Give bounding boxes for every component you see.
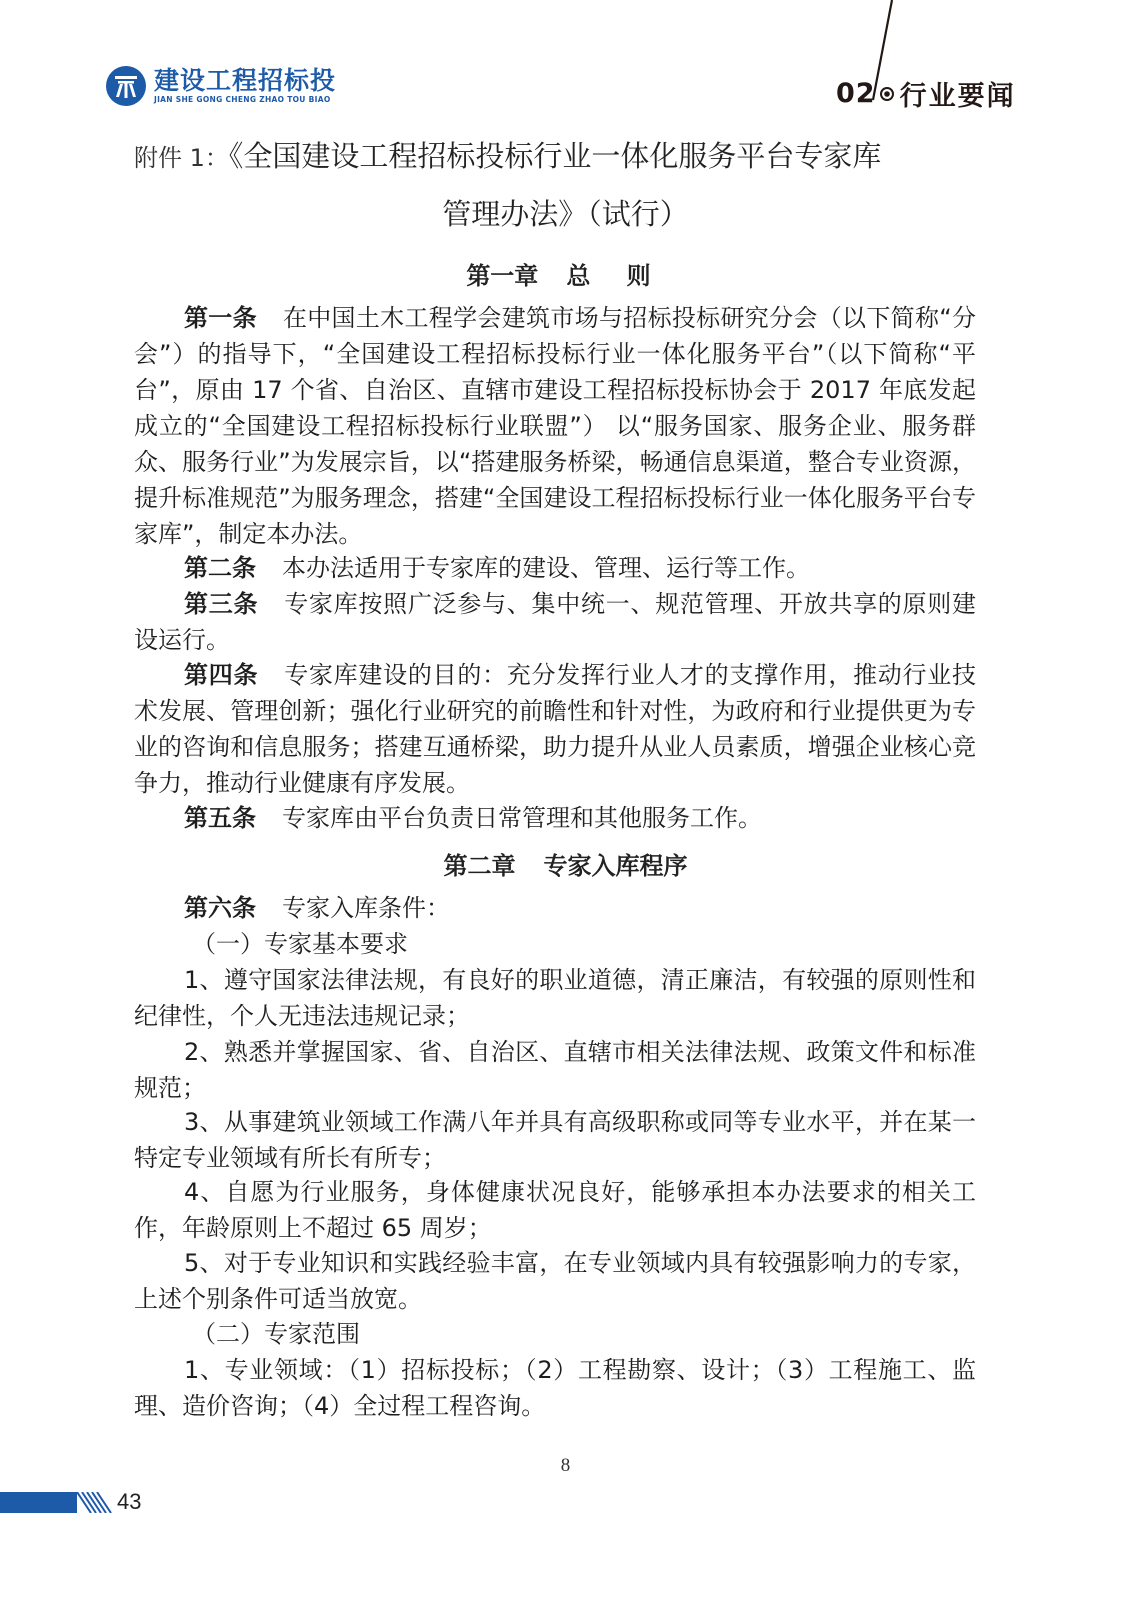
requirement-item: 4、自愿为行业服务，身体健康状况良好，能够承担本办法要求的相关工作，年龄原则上不… <box>134 1174 976 1246</box>
article-2: 第二条本办法适用于专家库的建设、管理、运行等工作。 <box>134 550 976 586</box>
chapter-label: 第二章 <box>444 852 516 880</box>
article-4: 第四条专家库建设的目的：充分发挥行业人才的支撑作用，推动行业技术发展、管理创新；… <box>134 657 976 801</box>
article-text: 本办法适用于专家库的建设、管理、运行等工作。 <box>282 554 810 582</box>
footer-bar <box>0 1492 77 1513</box>
section-number: 02 <box>836 78 876 109</box>
document-title-line2: 管理办法》（试行） <box>0 192 1131 233</box>
requirement-item: 1、遵守国家法律法规，有良好的职业道德，清正廉洁，有较强的原则性和纪律性，个人无… <box>134 962 976 1034</box>
article-5: 第五条专家库由平台负责日常管理和其他服务工作。 <box>134 800 976 836</box>
article-1: 第一条在中国土木工程学会建筑市场与招标投标研究分会（以下简称“分会”）的指导下，… <box>134 300 976 552</box>
requirement-item: 3、从事建筑业领域工作满八年并具有高级职称或同等专业水平，并在某一特定专业领域有… <box>134 1104 976 1176</box>
title-text: 《全国建设工程招标投标行业一体化服务平台专家库 <box>229 139 882 173</box>
article-text: 专家库由平台负责日常管理和其他服务工作。 <box>282 804 762 832</box>
footer-stripes-icon <box>77 1492 113 1513</box>
article-text: 在中国土木工程学会建筑市场与招标投标研究分会（以下简称“分会”）的指导下，“全国… <box>134 304 976 548</box>
section-heading-requirements: （一）专家基本要求 <box>134 926 1034 962</box>
article-text: 专家入库条件： <box>282 894 450 922</box>
attachment-label: 附件 1： <box>134 144 229 172</box>
chapter-name: 总 则 <box>566 262 664 290</box>
logo-subtitle: JIAN SHE GONG CHENG ZHAO TOU BIAO <box>154 95 336 105</box>
chapter-heading-2: 第二章专家入库程序 <box>0 846 1131 881</box>
section-title: 行业要闻 <box>900 74 1016 113</box>
chapter-label: 第一章 <box>466 262 538 290</box>
article-label: 第一条 <box>184 304 257 332</box>
page-number: 43 <box>117 1489 141 1515</box>
article-text: 专家库按照广泛参与、集中统一、规范管理、开放共享的原则建设运行。 <box>134 590 976 654</box>
scope-item: 1、专业领域：（1）招标投标；（2）工程勘察、设计；（3）工程施工、监理、造价咨… <box>134 1352 976 1424</box>
article-text: 专家库建设的目的：充分发挥行业人才的支撑作用，推动行业技术发展、管理创新；强化行… <box>134 661 976 797</box>
document-title-line1: 附件 1：《全国建设工程招标投标行业一体化服务平台专家库 <box>134 134 881 175</box>
requirement-item: 2、熟悉并掌握国家、省、自治区、直辖市相关法律法规、政策文件和标准规范； <box>134 1034 976 1106</box>
chapter-name: 专家入库程序 <box>544 852 688 880</box>
article-label: 第二条 <box>184 554 256 582</box>
chapter-heading-1: 第一章总 则 <box>0 256 1131 291</box>
logo-title: 建设工程招标投 <box>154 67 336 95</box>
requirement-item: 5、对于专业知识和实践经验丰富，在专业领域内具有较强影响力的专家，上述个别条件可… <box>134 1245 976 1317</box>
article-label: 第三条 <box>184 590 258 618</box>
article-6: 第六条专家入库条件： <box>134 890 976 926</box>
section-heading-scope: （二）专家范围 <box>134 1316 1034 1352</box>
logo-emblem-icon <box>106 66 146 106</box>
article-label: 第四条 <box>184 661 258 689</box>
article-label: 第六条 <box>184 894 256 922</box>
inner-page-number: 8 <box>0 1455 1131 1477</box>
publication-logo: 建设工程招标投 JIAN SHE GONG CHENG ZHAO TOU BIA… <box>106 66 336 106</box>
section-tag: 02 行业要闻 <box>836 74 1016 113</box>
article-label: 第五条 <box>184 804 256 832</box>
article-3: 第三条专家库按照广泛参与、集中统一、规范管理、开放共享的原则建设运行。 <box>134 586 976 658</box>
